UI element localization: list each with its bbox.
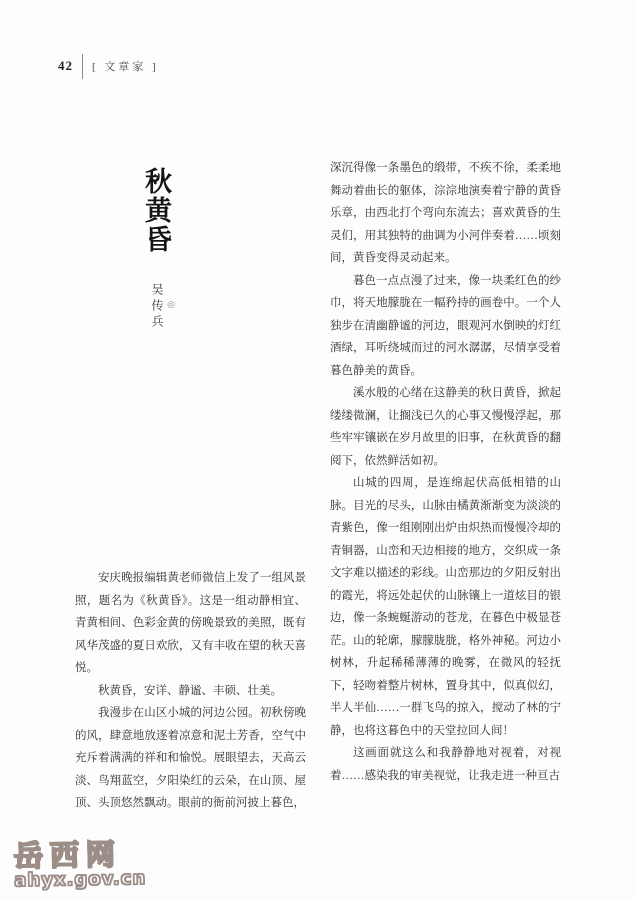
page-number: 42: [58, 58, 73, 74]
left-text-column: 安庆晚报编辑黄老师微信上发了一组风景照，题名为《秋黄昏》。这是一组动静相宜、青黄…: [75, 567, 306, 829]
author-byline: ◎ 吴传兵: [149, 272, 178, 342]
author-marker-icon: ◎: [166, 300, 178, 310]
paragraph: 秋黄昏，安详、静谧、丰硕、壮美。: [75, 680, 306, 703]
section-name: [ 文章家 ]: [92, 58, 159, 74]
paragraph: 暮色一点点漫了过来，像一块柔红色的纱巾，将天地朦胧在一幅矜持的画卷中。一个人独步…: [330, 270, 561, 383]
watermark-site-url: ahyx.gov.cn: [14, 869, 146, 891]
magazine-page: 42 [ 文章家 ] 秋黄昏 ◎ 吴传兵 安庆晚报编辑黄老师微信上发了一组风景照…: [0, 0, 636, 900]
paragraph: 安庆晚报编辑黄老师微信上发了一组风景照，题名为《秋黄昏》。这是一组动静相宜、青黄…: [75, 567, 306, 680]
paragraph: 山城的四周，是连绵起伏高低相错的山脉。目光的尽头，山脉由橘黄渐渐变为淡淡的青紫色…: [330, 472, 561, 742]
page-header: 42 [ 文章家 ]: [58, 53, 159, 79]
site-watermark: 岳西网 ahyx.gov.cn: [14, 837, 147, 891]
right-text-column: 深沉得像一条墨色的缎带，不疾不徐，柔柔地舞动着曲长的躯体，淙淙地演奏着宁静的黄昏…: [330, 157, 561, 829]
paragraph: 这画面就这么和我静静地对视着，对视着……感染我的审美视觉，让我走进一种亘古: [330, 742, 561, 787]
author-name: 吴传兵: [149, 283, 166, 331]
paragraph: 我漫步在山区小城的河边公园。初秋傍晚的风，肆意地放逐着凉意和泥土芳香，空气中充斥…: [75, 702, 306, 815]
header-divider: [82, 54, 83, 79]
article-title: 秋黄昏: [141, 167, 171, 263]
paragraph: 溪水般的心绪在这静美的秋日黄昏，掀起缕缕微澜，让搁浅已久的心事又慢慢浮起，那些牢…: [330, 382, 561, 472]
paragraph-continuation: 深沉得像一条墨色的缎带，不疾不徐，柔柔地舞动着曲长的躯体，淙淙地演奏着宁静的黄昏…: [330, 157, 561, 270]
